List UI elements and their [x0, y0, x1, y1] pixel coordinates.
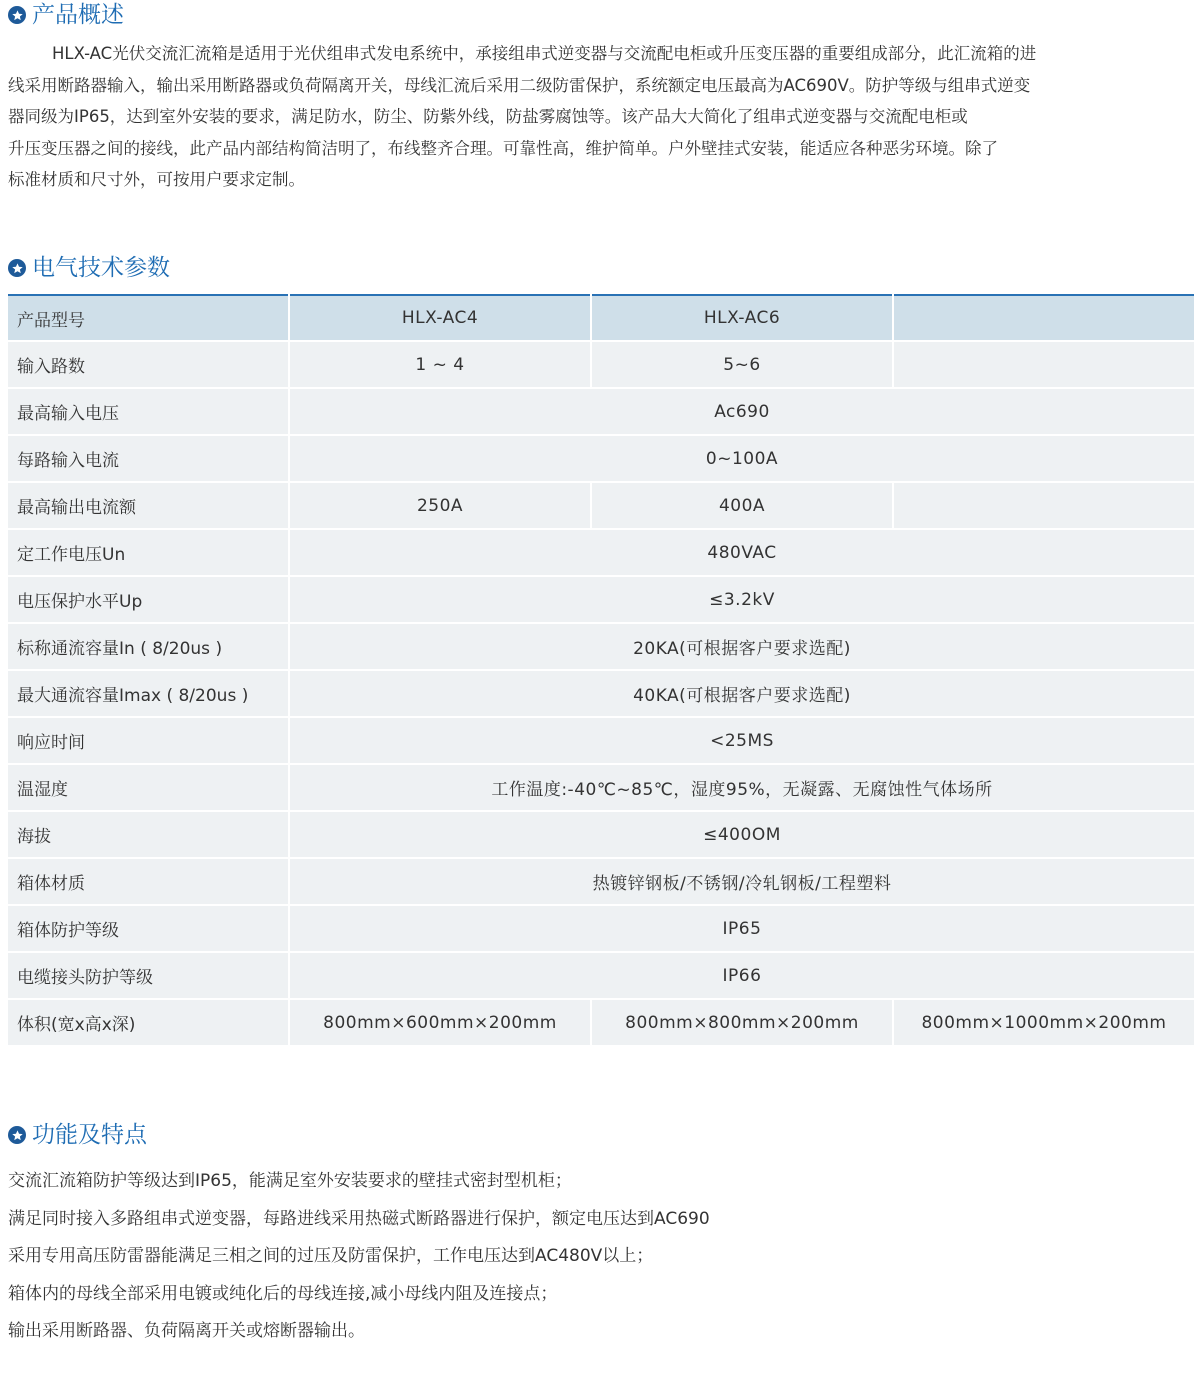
table-row: 最高输入电压 Ac690: [8, 388, 1194, 435]
section-title-text: 电气技术参数: [32, 253, 170, 283]
overview-line: HLX-AC光伏交流汇流箱是适用于光伏组串式发电系统中，承接组串式逆变器与交流配…: [8, 38, 1198, 70]
row-label: 电缆接头防护等级: [8, 952, 289, 999]
cell-value: 800mm×600mm×200mm: [289, 999, 591, 1046]
cell-value: 480VAC: [289, 529, 1194, 576]
section-title-text: 产品概述: [32, 0, 124, 30]
cell-value: 800mm×800mm×200mm: [591, 999, 893, 1046]
table-row: 海拔 ≤400OM: [8, 811, 1194, 858]
table-row: 标称通流容量In ( 8/20us ) 20KA(可根据客户要求选配): [8, 623, 1194, 670]
row-label: 最高输出电流额: [8, 482, 289, 529]
table-row: 箱体材质 热镀锌钢板/不锈钢/冷轧钢板/工程塑料: [8, 858, 1194, 905]
section-title-features: 功能及特点: [8, 1120, 147, 1150]
feature-item: 采用专用高压防雷器能满足三相之间的过压及防雷保护，工作电压达到AC480V以上；: [8, 1238, 1198, 1276]
overview-line: 线采用断路器输入，输出采用断路器或负荷隔离开关，母线汇流后采用二级防雷保护，系统…: [8, 70, 1198, 102]
table-row: 最高输出电流额 250A 400A: [8, 482, 1194, 529]
row-label: 最大通流容量Imax ( 8/20us ): [8, 670, 289, 717]
table-row: 每路输入电流 0~100A: [8, 435, 1194, 482]
spec-table: 产品型号 HLX-AC4 HLX-AC6 输入路数 1 ~ 4 5~6 最高输入…: [8, 294, 1194, 1047]
star-circle-icon: [8, 6, 26, 24]
table-row: 输入路数 1 ~ 4 5~6: [8, 341, 1194, 388]
cell-value: <25MS: [289, 717, 1194, 764]
table-row: 电压保护水平Up ≤3.2kV: [8, 576, 1194, 623]
table-row: 箱体防护等级 IP65: [8, 905, 1194, 952]
cell-value: 1 ~ 4: [289, 341, 591, 388]
row-label: 体积(宽x高x深): [8, 999, 289, 1046]
row-label: 箱体防护等级: [8, 905, 289, 952]
cell-value: IP66: [289, 952, 1194, 999]
cell-value: 工作温度:-40℃~85℃，湿度95%，无凝露、无腐蚀性气体场所: [289, 764, 1194, 811]
table-row: 体积(宽x高x深) 800mm×600mm×200mm 800mm×800mm×…: [8, 999, 1194, 1046]
feature-item: 箱体内的母线全部采用电镀或纯化后的母线连接,减小母线内阻及连接点；: [8, 1276, 1198, 1314]
cell-value: 40KA(可根据客户要求选配): [289, 670, 1194, 717]
overview-line: 升压变压器之间的接线，此产品内部结构简洁明了，布线整齐合理。可靠性高，维护简单。…: [8, 133, 1198, 165]
features-list: 交流汇流箱防护等级达到IP65，能满足室外安装要求的壁挂式密封型机柜； 满足同时…: [8, 1163, 1198, 1351]
row-label: 箱体材质: [8, 858, 289, 905]
row-label: 响应时间: [8, 717, 289, 764]
cell-value: IP65: [289, 905, 1194, 952]
row-label: 电压保护水平Up: [8, 576, 289, 623]
star-circle-icon: [8, 259, 26, 277]
row-label: 海拔: [8, 811, 289, 858]
section-title-specs: 电气技术参数: [8, 253, 170, 283]
table-row: 定工作电压Un 480VAC: [8, 529, 1194, 576]
cell-value: Ac690: [289, 388, 1194, 435]
header-label: 产品型号: [8, 295, 289, 341]
table-row: 响应时间 <25MS: [8, 717, 1194, 764]
cell-value: 热镀锌钢板/不锈钢/冷轧钢板/工程塑料: [289, 858, 1194, 905]
cell-value: 250A: [289, 482, 591, 529]
feature-item: 交流汇流箱防护等级达到IP65，能满足室外安装要求的壁挂式密封型机柜；: [8, 1163, 1198, 1201]
row-label: 标称通流容量In ( 8/20us ): [8, 623, 289, 670]
star-circle-icon: [8, 1126, 26, 1144]
table-header-row: 产品型号 HLX-AC4 HLX-AC6: [8, 295, 1194, 341]
table-row: 温湿度 工作温度:-40℃~85℃，湿度95%，无凝露、无腐蚀性气体场所: [8, 764, 1194, 811]
table-row: 最大通流容量Imax ( 8/20us ) 40KA(可根据客户要求选配): [8, 670, 1194, 717]
overview-line: 器同级为IP65，达到室外安装的要求，满足防水，防尘、防紫外线，防盐雾腐蚀等。该…: [8, 101, 1198, 133]
overview-line: 标准材质和尺寸外，可按用户要求定制。: [8, 164, 1198, 196]
row-label: 温湿度: [8, 764, 289, 811]
header-model: HLX-AC6: [591, 295, 893, 341]
section-title-text: 功能及特点: [32, 1120, 147, 1150]
overview-paragraph: HLX-AC光伏交流汇流箱是适用于光伏组串式发电系统中，承接组串式逆变器与交流配…: [8, 38, 1198, 196]
cell-value: ≤400OM: [289, 811, 1194, 858]
row-label: 输入路数: [8, 341, 289, 388]
cell-value: 0~100A: [289, 435, 1194, 482]
feature-item: 输出采用断路器、负荷隔离开关或熔断器输出。: [8, 1313, 1198, 1351]
row-label: 每路输入电流: [8, 435, 289, 482]
cell-value: 20KA(可根据客户要求选配): [289, 623, 1194, 670]
feature-item: 满足同时接入多路组串式逆变器，每路进线采用热磁式断路器进行保护，额定电压达到AC…: [8, 1201, 1198, 1239]
header-model: [893, 295, 1194, 341]
section-title-overview: 产品概述: [8, 0, 124, 30]
cell-value: [893, 482, 1194, 529]
cell-value: 800mm×1000mm×200mm: [893, 999, 1194, 1046]
table-row: 电缆接头防护等级 IP66: [8, 952, 1194, 999]
cell-value: [893, 341, 1194, 388]
header-model: HLX-AC4: [289, 295, 591, 341]
cell-value: ≤3.2kV: [289, 576, 1194, 623]
row-label: 定工作电压Un: [8, 529, 289, 576]
cell-value: 5~6: [591, 341, 893, 388]
row-label: 最高输入电压: [8, 388, 289, 435]
cell-value: 400A: [591, 482, 893, 529]
